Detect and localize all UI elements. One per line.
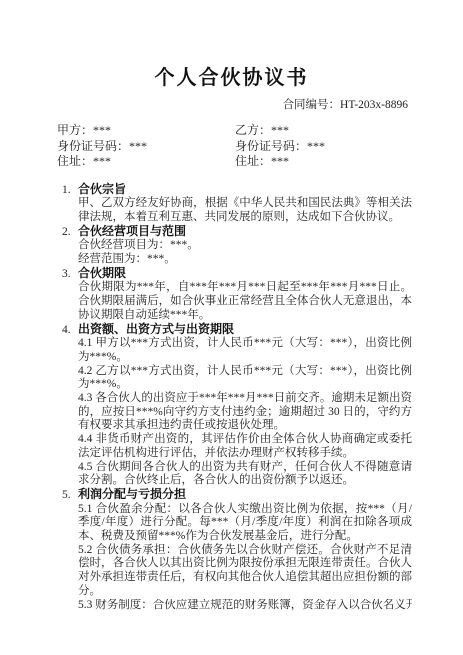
section-paragraph: 5.1 合伙盈余分配：以各合伙人实缴出资比例为依据，按***（月/季度/年度）进… xyxy=(78,503,412,544)
section-number: 4. xyxy=(62,324,78,338)
section-paragraph: 4.2 乙方以***方式出资，计人民币***元（大写：***），出资比例为***… xyxy=(78,365,412,392)
party-a-name: 甲方：*** xyxy=(57,123,235,139)
party-b-id-number: 身份证号码：*** xyxy=(235,139,413,155)
section-capital-contribution: 4.出资额、出资方式与出资期限 4.1 甲方以***方式出资，计人民币***元（… xyxy=(62,323,412,488)
party-a-address: 住址：*** xyxy=(57,154,235,170)
document-page: 个人合伙协议书 合同编号：HT-203x-8896 甲方：*** 身份证号码：*… xyxy=(0,0,463,655)
sections-block: 1.合伙宗旨 甲、乙双方经友好协商，根据《中华人民共和国民法典》等相关法律法规，… xyxy=(62,183,412,613)
contract-number: 合同编号：HT-203x-8896 xyxy=(0,99,463,112)
section-partnership-term: 3.合伙期限 合伙期限为***年，自***年***月***日起至***年***月… xyxy=(62,267,412,323)
party-a-block: 甲方：*** 身份证号码：*** 住址：*** xyxy=(57,123,235,170)
section-number: 5. xyxy=(62,489,78,503)
party-b-block: 乙方：*** 身份证号码：*** 住址：*** xyxy=(235,123,413,170)
section-paragraph: 甲、乙双方经友好协商，根据《中华人民共和国民法典》等相关法律法规，本着互利互惠、… xyxy=(78,197,412,224)
section-number: 2. xyxy=(62,226,78,240)
section-paragraph: 4.5 合伙期间各合伙人的出资为共有财产，任何合伙人不得随意请求分割。合伙终止后… xyxy=(78,461,412,488)
section-title: 合伙宗旨 xyxy=(78,182,126,196)
section-paragraph: 4.4 非货币财产出资的，其评估作价由全体合伙人协商确定或委托法定评估机构进行评… xyxy=(78,433,412,460)
section-title: 出资额、出资方式与出资期限 xyxy=(78,322,234,336)
section-title: 利润分配与亏损分担 xyxy=(78,487,186,501)
section-heading: 1.合伙宗旨 xyxy=(62,183,412,198)
section-heading: 3.合伙期限 xyxy=(62,267,412,282)
section-paragraph: 4.1 甲方以***方式出资，计人民币***元（大写：***），出资比例为***… xyxy=(78,337,412,364)
party-a-id-number: 身份证号码：*** xyxy=(57,139,235,155)
section-partnership-purpose: 1.合伙宗旨 甲、乙双方经友好协商，根据《中华人民共和国民法典》等相关法律法规，… xyxy=(62,183,412,225)
party-b-address: 住址：*** xyxy=(235,154,413,170)
section-profit-loss: 5.利润分配与亏损分担 5.1 合伙盈余分配：以各合伙人实缴出资比例为依据，按*… xyxy=(62,488,412,612)
section-paragraph-truncated: 5.3 财务制度：合伙应建立规范的财务账簿，资金存入以合伙名义开 xyxy=(78,599,412,613)
section-paragraph: 5.2 合伙债务承担：合伙债务先以合伙财产偿还。合伙财产不足清偿时，各合伙人以其… xyxy=(78,544,412,599)
section-title: 合伙经营项目与范围 xyxy=(78,224,186,238)
section-title: 合伙期限 xyxy=(78,266,126,280)
parties-block: 甲方：*** 身份证号码：*** 住址：*** 乙方：*** 身份证号码：***… xyxy=(57,123,463,170)
section-business-scope: 2.合伙经营项目与范围 合伙经营项目为：***。 经营范围为：***。 xyxy=(62,225,412,267)
section-paragraph: 经营范围为：***。 xyxy=(78,253,412,267)
section-heading: 5.利润分配与亏损分担 xyxy=(62,488,412,503)
section-paragraph: 合伙经营项目为：***。 xyxy=(78,239,412,253)
party-b-name: 乙方：*** xyxy=(235,123,413,139)
section-heading: 4.出资额、出资方式与出资期限 xyxy=(62,323,412,338)
document-title: 个人合伙协议书 xyxy=(0,0,463,90)
section-number: 3. xyxy=(62,268,78,282)
section-number: 1. xyxy=(62,184,78,198)
section-paragraph: 4.3 各合伙人的出资应于***年***月***日前交齐。逾期未足额出资的，应按… xyxy=(78,392,412,433)
section-heading: 2.合伙经营项目与范围 xyxy=(62,225,412,240)
section-paragraph: 合伙期限为***年，自***年***月***日起至***年***月***日止。合… xyxy=(78,281,412,322)
